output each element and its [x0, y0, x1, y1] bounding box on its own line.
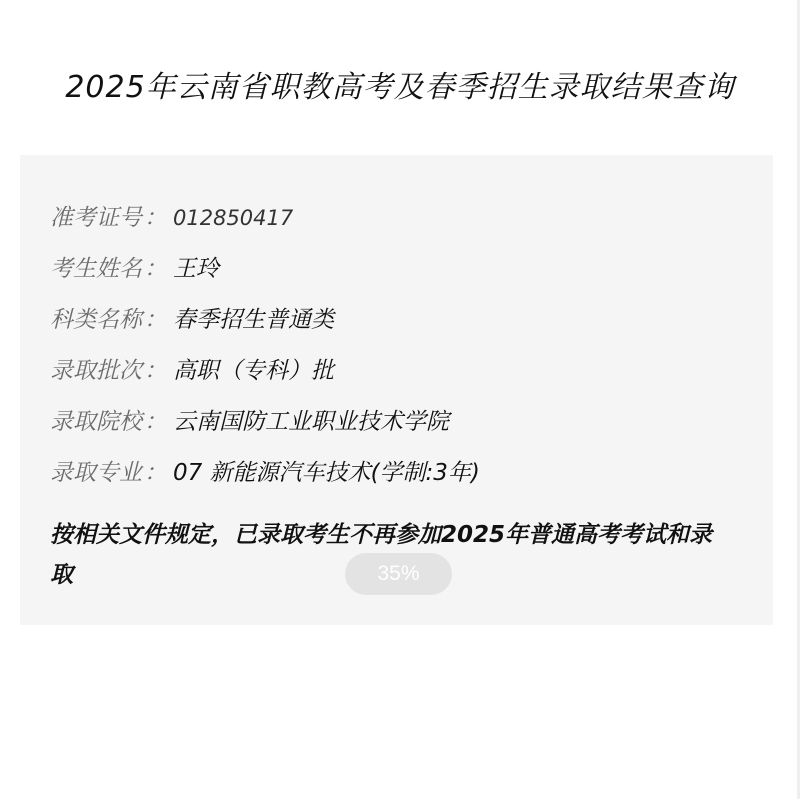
- field-value: 07 新能源汽车技术(学制:3年): [173, 460, 480, 486]
- field-college: 录取院校：云南国防工业职业技术学院: [50, 403, 449, 436]
- field-colon: ：: [144, 460, 167, 486]
- field-value: 王玲: [173, 256, 219, 282]
- field-label: 考生姓名: [50, 256, 142, 282]
- page-title: 2025年云南省职教高考及春季招生录取结果查询: [0, 62, 800, 106]
- field-colon: ：: [144, 358, 167, 384]
- field-label: 录取院校: [50, 409, 142, 435]
- field-major: 录取专业：07 新能源汽车技术(学制:3年): [50, 454, 480, 487]
- field-label: 科类名称: [50, 307, 142, 333]
- field-student-name: 考生姓名：王玲: [50, 250, 219, 283]
- field-value: 012850417: [173, 206, 293, 230]
- field-value: 春季招生普通类: [173, 307, 334, 333]
- field-batch: 录取批次：高职（专科）批: [50, 352, 334, 385]
- field-value: 高职（专科）批: [173, 358, 334, 384]
- field-value: 云南国防工业职业技术学院: [173, 409, 449, 435]
- field-colon: ：: [144, 409, 167, 435]
- field-label: 录取专业: [50, 460, 142, 486]
- field-exam-number: 准考证号：012850417: [50, 199, 293, 232]
- field-colon: ：: [144, 307, 167, 333]
- field-label: 准考证号: [50, 205, 142, 231]
- loading-progress-badge: 35%: [345, 553, 452, 595]
- field-colon: ：: [144, 256, 167, 282]
- field-colon: ：: [144, 205, 167, 231]
- field-category: 科类名称：春季招生普通类: [50, 301, 334, 334]
- field-label: 录取批次: [50, 358, 142, 384]
